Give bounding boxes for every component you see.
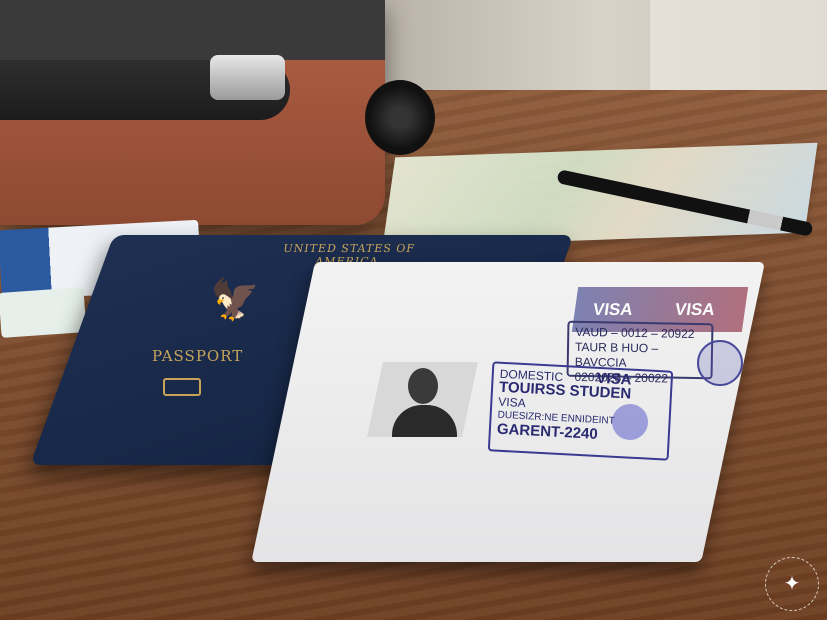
- photo-head: [408, 368, 438, 404]
- sparkle-icon: ✦: [765, 557, 819, 611]
- e-passport-chip-icon: [163, 378, 201, 396]
- passport-label: PASSPORT: [152, 347, 243, 365]
- suitcase-handle-cap: [210, 55, 285, 100]
- visa-label-2: VISA: [674, 300, 716, 320]
- travel-map: [382, 143, 817, 248]
- seal-stamp-icon: [612, 404, 648, 440]
- window-light: [650, 0, 827, 90]
- suitcase-wheel: [365, 80, 435, 155]
- visa-stamp-main: DOMESTIC VISA TOUIRSS STUDEN VISA DUESIZ…: [488, 361, 673, 460]
- boarding-card: [0, 287, 86, 338]
- seal-stamp-icon: [697, 340, 743, 386]
- visa-label-1: VISA: [592, 300, 634, 320]
- eagle-emblem-icon: 🦅: [210, 276, 260, 323]
